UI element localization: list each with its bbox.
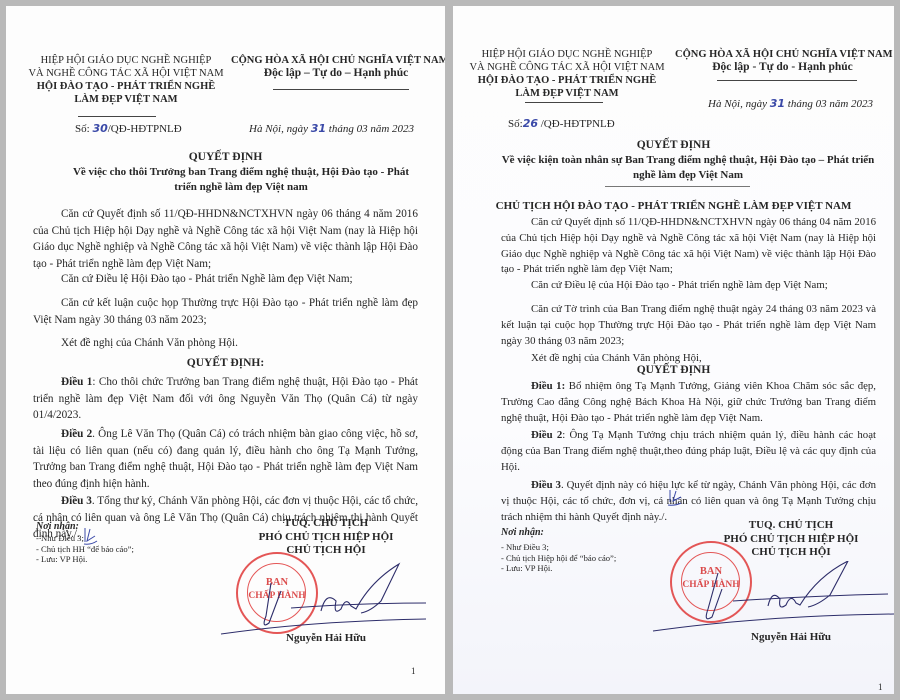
signer-title-1: TUQ. CHỦ TỊCH <box>691 519 891 533</box>
initial-mark-icon <box>665 488 685 508</box>
recipients-heading: Nơi nhận: <box>501 526 616 539</box>
document-page-left: HIỆP HỘI GIÁO DỤC NGHỀ NGHIỆP VÀ NGHỀ CÔ… <box>6 6 445 694</box>
recipients-block: Nơi nhận: - Như Điều 3; - Chủ tịch Hiệp … <box>501 526 616 574</box>
signer-title-3: CHỦ TỊCH HỘI <box>226 544 426 558</box>
article-1: Điều 1: Cho thôi chức Trưởng ban Trang đ… <box>33 374 418 424</box>
article-1: Điều 1: Bổ nhiệm ông Tạ Mạnh Tưởng, Giản… <box>501 379 876 426</box>
signer-title-2: PHÓ CHỦ TỊCH HIỆP HỘI <box>226 531 426 545</box>
nation-title: CỘNG HÒA XÃ HỘI CHỦ NGHĨA VIỆT NAM <box>231 54 441 67</box>
basis-paragraph-2: Căn cứ Điều lệ của Hội Đào tạo - Phát tr… <box>501 278 876 294</box>
document-page-right: HIỆP HỘI GIÁO DỤC NGHỀ NGHIỆP VÀ NGHỀ CÔ… <box>453 6 894 694</box>
subject-underline <box>605 186 750 187</box>
handwritten-day: 31 <box>311 122 326 135</box>
article-2: Điều 2: Ông Tạ Mạnh Tưởng chịu trách nhi… <box>501 428 876 475</box>
document-number: Số:26 /QĐ-HĐTPNLĐ <box>508 117 615 130</box>
org-underline <box>78 116 156 117</box>
basis-paragraph-2: Căn cứ Điều lệ Hội Đào tạo - Phát triển … <box>33 271 418 288</box>
national-header: CỘNG HÒA XÃ HỘI CHỦ NGHĨA VIỆT NAM Độc l… <box>231 54 441 80</box>
basis-paragraph-4: Xét đề nghị của Chánh Văn phòng Hội. <box>33 335 418 352</box>
motto: Độc lập - Tự do - Hạnh phúc <box>675 61 890 74</box>
motto-underline <box>273 89 409 90</box>
page-number: 1 <box>411 666 416 676</box>
parent-org-line-1: HIỆP HỘI GIÁO DỤC NGHỀ NGHIỆP <box>467 48 667 61</box>
org-header: HIỆP HỘI GIÁO DỤC NGHỀ NGHIỆP VÀ NGHỀ CÔ… <box>26 54 226 106</box>
org-name-line-1: HỘI ĐÀO TẠO - PHÁT TRIỂN NGHỀ <box>26 80 226 93</box>
signer-name: Nguyễn Hải Hữu <box>226 632 426 644</box>
org-name-line-2: LÀM ĐẸP VIỆT NAM <box>467 87 667 100</box>
motto-underline <box>717 80 857 81</box>
recipient-item: - Chủ tịch Hiệp hội để “báo cáo”; <box>501 553 616 564</box>
decision-heading: QUYẾT ĐỊNH <box>453 364 894 376</box>
signer-title-1: TUQ. CHỦ TỊCH <box>226 517 426 531</box>
handwritten-day: 31 <box>770 97 785 110</box>
basis-paragraph-1: Căn cứ Quyết định số 11/QĐ-HHDN&NCTXHVN … <box>33 206 418 272</box>
document-subject: Về việc cho thôi Trưởng ban Trang điểm n… <box>66 165 416 194</box>
handwritten-number: 26 <box>523 117 538 130</box>
signer-name: Nguyễn Hải Hữu <box>691 631 891 643</box>
signature-icon <box>211 561 436 641</box>
document-date: Hà Nội, ngày 31 tháng 03 năm 2023 <box>249 122 414 135</box>
org-underline <box>525 102 603 103</box>
motto: Độc lập – Tự do – Hạnh phúc <box>231 67 441 80</box>
recipient-item: - Như Điều 3; <box>501 542 616 553</box>
basis-paragraph-3: Căn cứ kết luận cuộc họp Thường trực Hội… <box>33 295 418 328</box>
article-2: Điều 2. Ông Lê Văn Thọ (Quân Cá) có trác… <box>33 426 418 492</box>
page-number: 1 <box>878 682 883 692</box>
basis-paragraph-1: Căn cứ Quyết định số 11/QĐ-HHDN&NCTXHVN … <box>501 215 876 278</box>
recipient-item: - Lưu: VP Hội. <box>501 563 616 574</box>
org-name-line-2: LÀM ĐẸP VIỆT NAM <box>26 93 226 106</box>
issuing-authority: CHỦ TỊCH HỘI ĐÀO TẠO - PHÁT TRIỂN NGHỀ L… <box>453 200 894 212</box>
document-date: Hà Nội, ngày 31 tháng 03 năm 2023 <box>708 97 873 110</box>
recipients-heading: Nơi nhận: <box>36 520 134 533</box>
document-title: QUYẾT ĐỊNH <box>6 151 445 163</box>
document-number: Số: 30/QĐ-HĐTPNLĐ <box>75 122 182 135</box>
document-title: QUYẾT ĐỊNH <box>453 139 894 151</box>
recipient-item: - Chủ tịch HH “để báo cáo”; <box>36 544 134 555</box>
handwritten-number: 30 <box>92 122 107 135</box>
org-header: HIỆP HỘI GIÁO DỤC NGHỀ NGHIỆP VÀ NGHỀ CÔ… <box>467 48 667 100</box>
parent-org-line-1: HIỆP HỘI GIÁO DỤC NGHỀ NGHIỆP <box>26 54 226 67</box>
parent-org-line-2: VÀ NGHỀ CÔNG TÁC XÃ HỘI VIỆT NAM <box>26 67 226 80</box>
signer-titles: TUQ. CHỦ TỊCH PHÓ CHỦ TỊCH HIỆP HỘI CHỦ … <box>226 517 426 558</box>
recipients-block: Nơi nhận: - Như Điều 3; - Chủ tịch HH “đ… <box>36 520 134 565</box>
nation-title: CỘNG HÒA XÃ HỘI CHỦ NGHĨA VIỆT NAM <box>675 48 890 61</box>
document-subject: Về việc kiện toàn nhân sự Ban Trang điểm… <box>498 153 878 182</box>
parent-org-line-2: VÀ NGHỀ CÔNG TÁC XÃ HỘI VIỆT NAM <box>467 61 667 74</box>
signature-icon <box>648 561 894 636</box>
basis-paragraph-3: Căn cứ Tờ trình của Ban Trang điểm nghệ … <box>501 302 876 349</box>
org-name-line-1: HỘI ĐÀO TẠO - PHÁT TRIỂN NGHỀ <box>467 74 667 87</box>
decision-heading: QUYẾT ĐỊNH: <box>6 357 445 369</box>
recipient-item: - Như Điều 3; <box>36 533 134 544</box>
national-header: CỘNG HÒA XÃ HỘI CHỦ NGHĨA VIỆT NAM Độc l… <box>675 48 890 74</box>
recipient-item: - Lưu: VP Hội. <box>36 554 134 565</box>
